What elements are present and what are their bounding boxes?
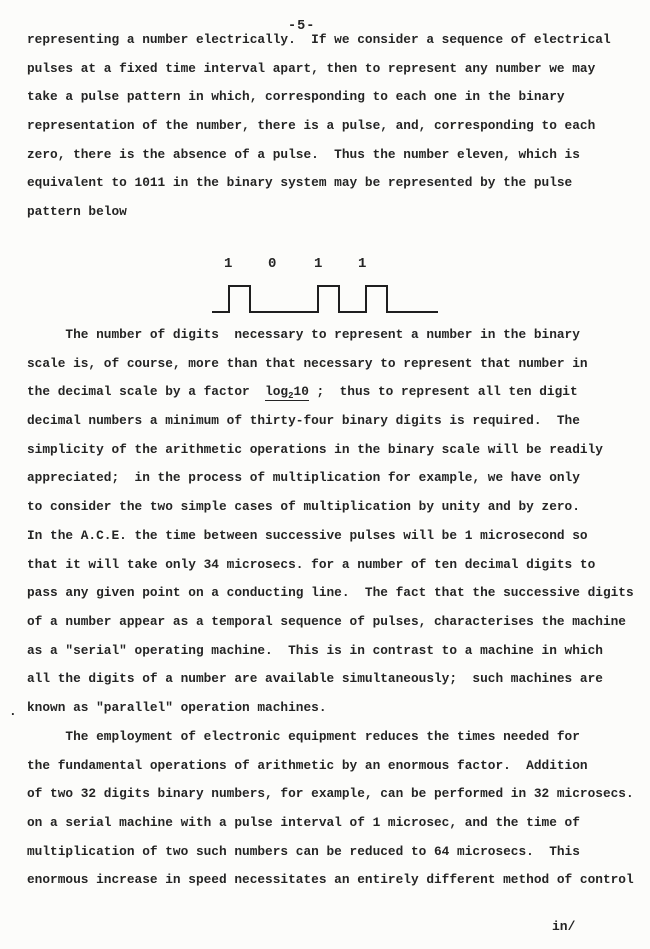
text-line: appreciated; in the process of multiplic… [27, 464, 643, 493]
text-line: enormous increase in speed necessitates … [27, 866, 643, 895]
text-line: multiplication of two such numbers can b… [27, 838, 643, 867]
paragraph-3-lines: The employment of electronic equipment r… [27, 723, 643, 895]
text-line: all the digits of a number are available… [27, 665, 643, 694]
log2-10-term: log210 [265, 384, 309, 401]
factor-line-prefix: the decimal scale by a factor [27, 384, 265, 399]
stray-ink-mark: . [9, 704, 17, 719]
text-line: the fundamental operations of arithmetic… [27, 752, 643, 781]
text-line: as a "serial" operating machine. This is… [27, 637, 643, 666]
log-word: log [265, 384, 288, 399]
pulse-diagram: 1 0 1 1 [0, 0, 650, 330]
text-line: decimal numbers a minimum of thirty-four… [27, 407, 643, 436]
text-line: of a number appear as a temporal sequenc… [27, 608, 643, 637]
text-line: known as "parallel" operation machines. [27, 694, 643, 723]
text-line: scale is, of course, more than that nece… [27, 350, 643, 379]
bit-label: 1 [224, 256, 232, 272]
text-line: In the A.C.E. the time between successiv… [27, 522, 643, 551]
text-line: of two 32 digits binary numbers, for exa… [27, 780, 643, 809]
bit-label: 0 [268, 256, 276, 272]
paragraph-3: The employment of electronic equipment r… [27, 723, 643, 895]
paragraph-2-lines-a: The number of digits necessary to repres… [27, 321, 643, 378]
text-line-factor: the decimal scale by a factor log210 ; t… [27, 378, 643, 407]
factor-line-suffix: ; thus to represent all ten digit [309, 384, 578, 399]
text-line: simplicity of the arithmetic operations … [27, 436, 643, 465]
text-line: to consider the two simple cases of mult… [27, 493, 643, 522]
pulse-waveform [205, 280, 445, 320]
text-line: The employment of electronic equipment r… [27, 723, 643, 752]
log-argument: 10 [294, 384, 309, 399]
bit-label: 1 [358, 256, 366, 272]
text-line: pass any given point on a conducting lin… [27, 579, 643, 608]
paragraph-2-lines-b: decimal numbers a minimum of thirty-four… [27, 407, 643, 723]
paragraph-2: The number of digits necessary to repres… [27, 321, 643, 723]
document-page: -5- representing a number electrically. … [0, 0, 650, 949]
text-line: on a serial machine with a pulse interva… [27, 809, 643, 838]
bit-label: 1 [314, 256, 322, 272]
text-line: The number of digits necessary to repres… [27, 321, 643, 350]
continuation-catchword: in/ [552, 919, 575, 934]
text-line: that it will take only 34 microsecs. for… [27, 551, 643, 580]
